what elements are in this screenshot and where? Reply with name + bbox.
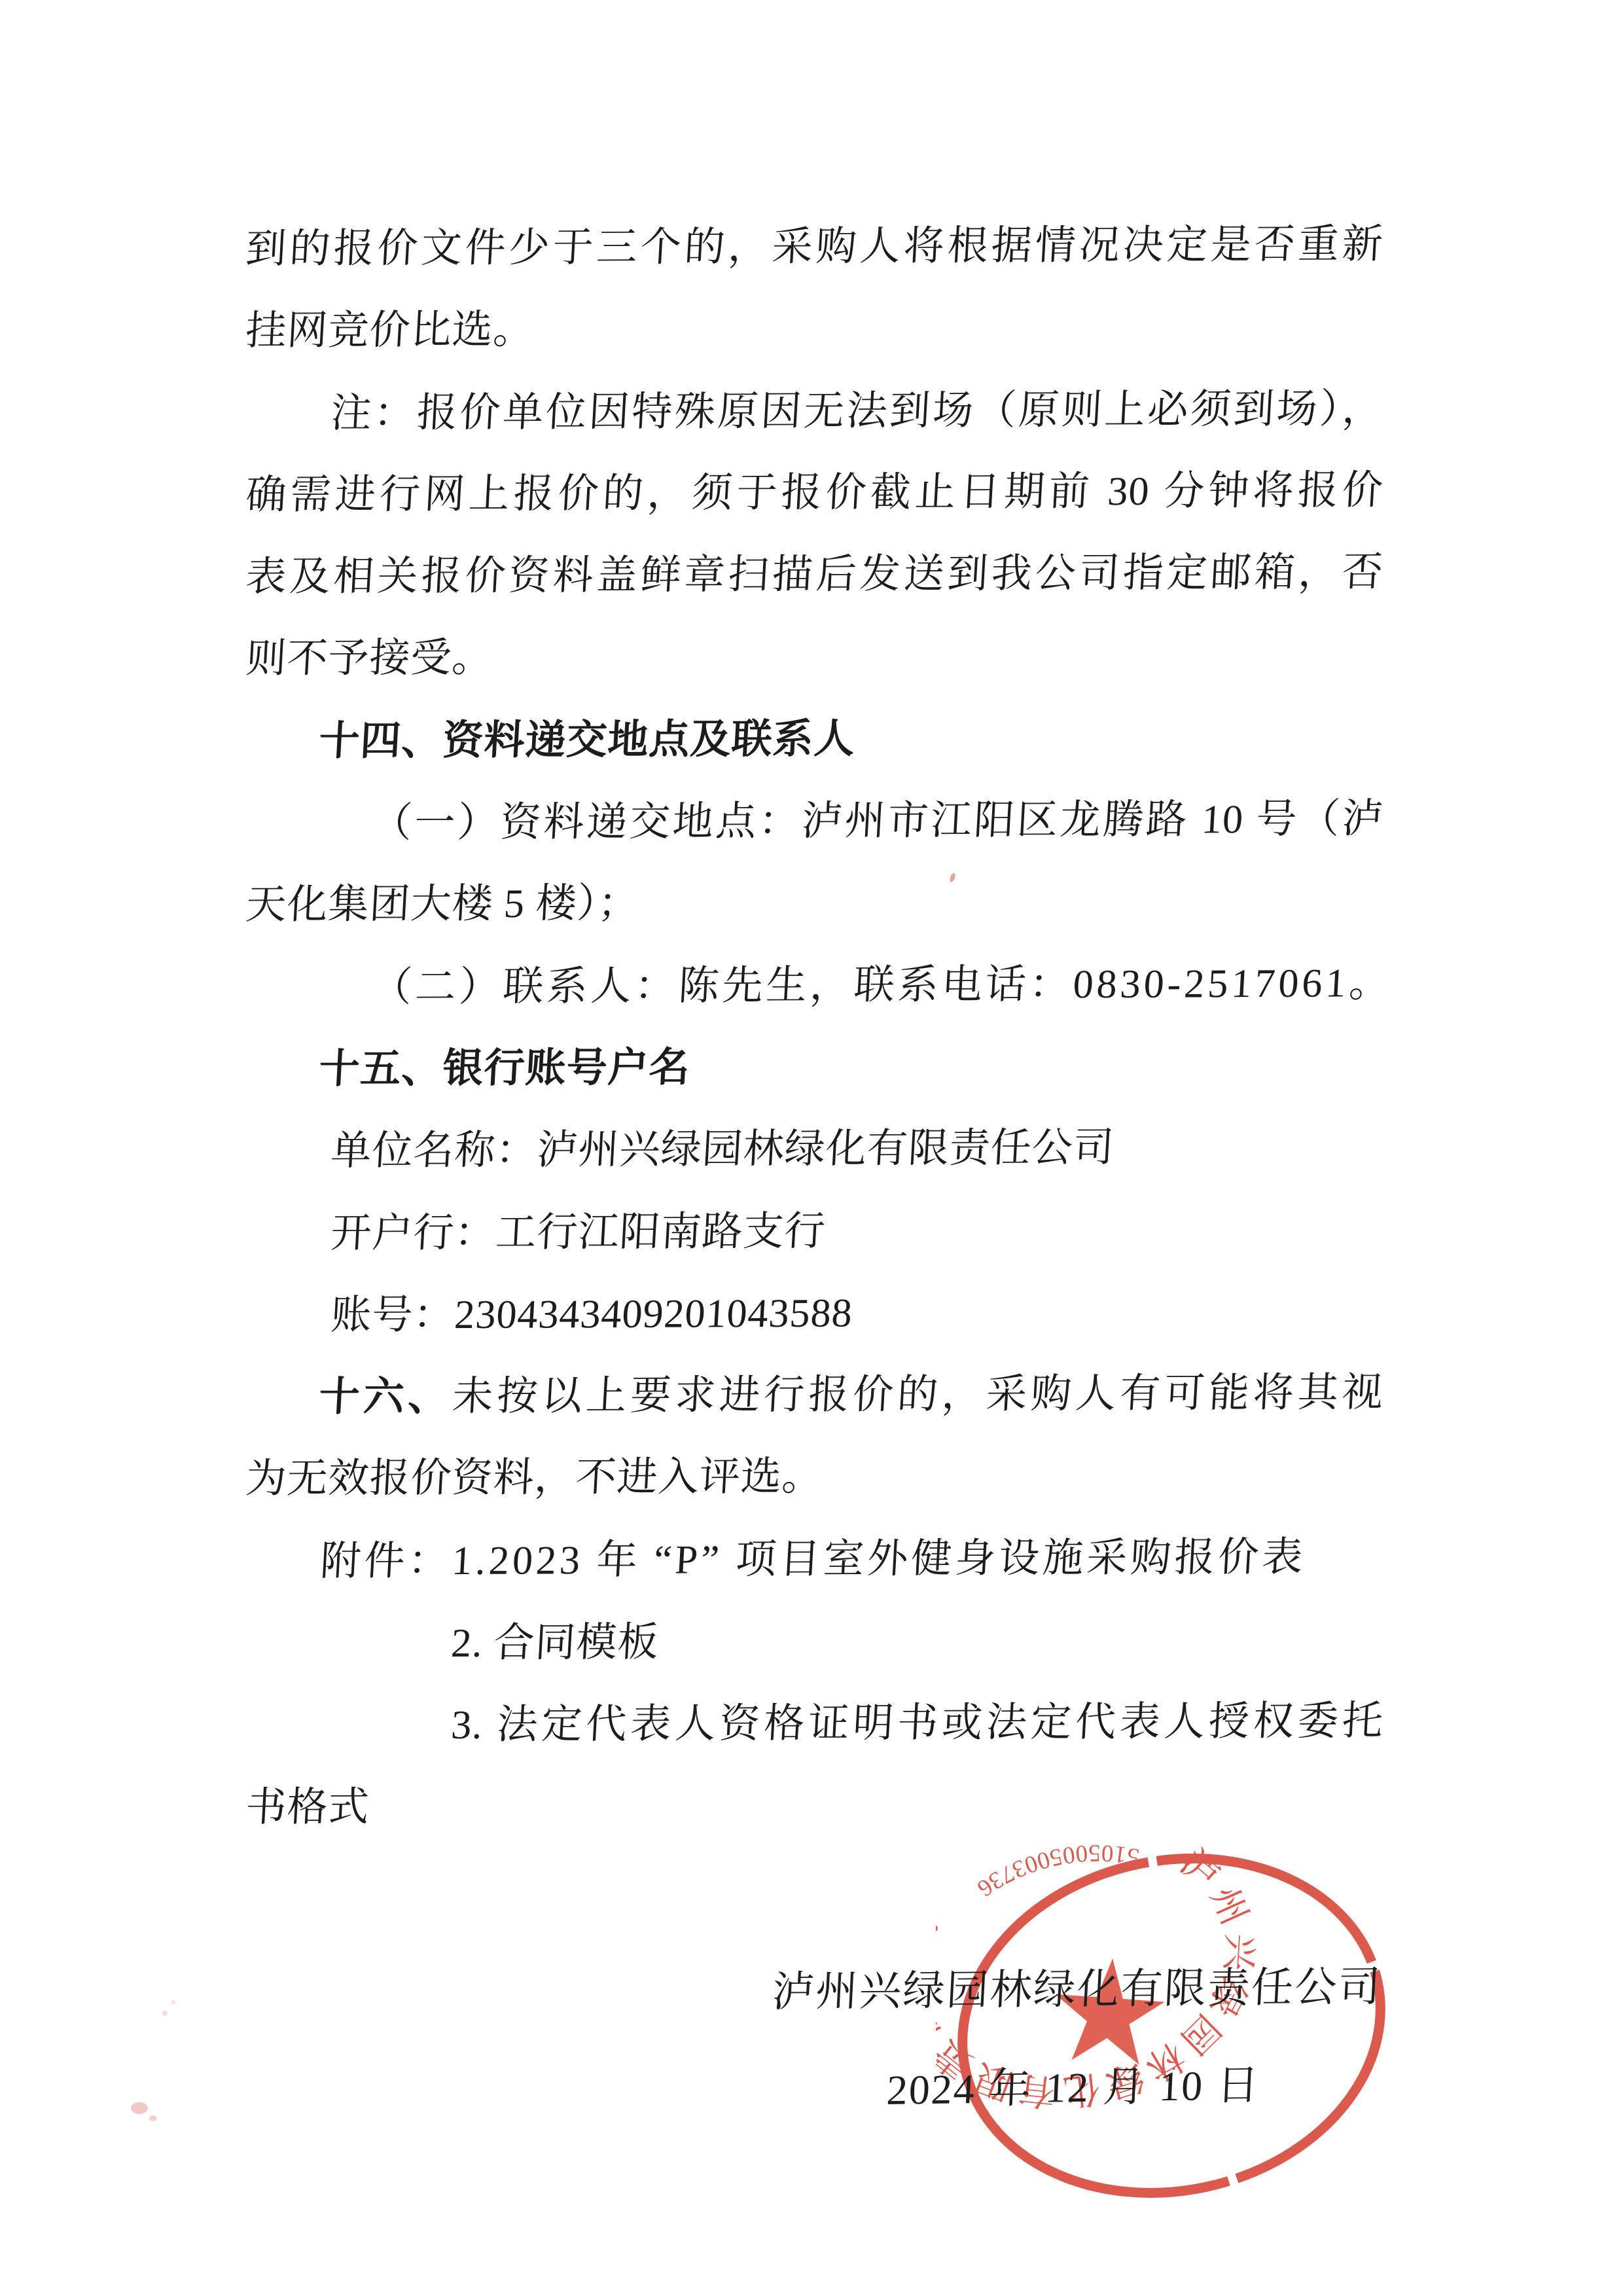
document-line: 2. 合同模板 bbox=[449, 1599, 1385, 1685]
document-line-text: 天化集团大楼 5 楼）； bbox=[245, 882, 641, 928]
document-line: 开户行：工行江阳南路支行 bbox=[329, 1189, 1385, 1275]
document-line-text: 挂网竞价比选。 bbox=[245, 308, 536, 353]
document-line: 书格式 bbox=[243, 1762, 1385, 1849]
document-line: 十六、未按以上要求进行报价的，采购人有可能将其视 bbox=[317, 1352, 1385, 1439]
document-line-text: 账号：2304343409201043588 bbox=[330, 1291, 854, 1337]
document-line: （一）资料递交地点：泸州市江阳区龙腾路 10 号（泸 bbox=[369, 778, 1385, 865]
document-line-text: 3. 法定代表人资格证明书或法定代表人授权委托 bbox=[450, 1699, 1385, 1748]
document-line-text: 表及相关报价资料盖鲜章扫描后发送到我公司指定邮箱，否 bbox=[245, 550, 1385, 600]
document-line: 注：报价单位因特殊原因无法到场（原则上必须到场）， bbox=[329, 368, 1385, 455]
document-line-text: 未按以上要求进行报价的，采购人有可能将其视 bbox=[452, 1371, 1385, 1419]
signature-date-line: 2024 年 12 月 10 日 bbox=[885, 2051, 1262, 2117]
document-line-text: 单位名称：泸州兴绿园林绿化有限责任公司 bbox=[330, 1126, 1116, 1174]
document-line-text: 则不予接受。 bbox=[245, 636, 495, 682]
document-line: 账号：2304343409201043588 bbox=[329, 1270, 1385, 1357]
document-line-text: 到的报价文件少于三个的，采购人将根据情况决定是否重新 bbox=[245, 222, 1385, 272]
document-line: 3. 法定代表人资格证明书或法定代表人授权委托 bbox=[449, 1681, 1385, 1767]
document-line-text: 十六、 bbox=[318, 1374, 454, 1420]
document-page: 泸州兴绿园林绿化有限责任公司 5105005003736 到的报价文件少于三个的… bbox=[0, 0, 1623, 2296]
company-seal: 泸州兴绿园林绿化有限责任公司 5105005003736 bbox=[936, 1829, 1407, 2222]
document-line-text: 为无效报价资料，不进入评选。 bbox=[245, 1455, 825, 1502]
ink-speck bbox=[131, 2102, 148, 2114]
signature-company-line: 泸州兴绿园林绿化有限责任公司 bbox=[771, 1953, 1383, 2018]
document-body: 到的报价文件少于三个的，采购人将根据情况决定是否重新挂网竞价比选。注：报价单位因… bbox=[243, 209, 1381, 1849]
document-line-text: 附件：1.2023 年 “P” 项目室外健身设施采购报价表 bbox=[319, 1535, 1308, 1584]
ink-speck bbox=[171, 2000, 175, 2004]
document-line-text: 开户行：工行江阳南路支行 bbox=[330, 1209, 827, 1255]
document-line: 则不予接受。 bbox=[243, 614, 1385, 701]
document-line-text: 十五、银行账号户名 bbox=[318, 1045, 692, 1091]
document-line: 确需进行网上报价的，须于报价截止日期前 30 分钟将报价 bbox=[243, 450, 1385, 537]
document-line-text: 2. 合同模板 bbox=[450, 1621, 660, 1666]
document-line-text: （一）资料递交地点：泸州市江阳区龙腾路 10 号（泸 bbox=[370, 797, 1385, 846]
document-line-text: 十四、资料递交地点及联系人 bbox=[318, 717, 857, 764]
document-line-text: 书格式 bbox=[245, 1785, 371, 1830]
document-line: 附件：1.2023 年 “P” 项目室外健身设施采购报价表 bbox=[318, 1516, 1385, 1603]
ink-speck bbox=[149, 2115, 157, 2121]
document-line: 挂网竞价比选。 bbox=[243, 286, 1385, 373]
document-line-text: 确需进行网上报价的，须于报价截止日期前 30 分钟将报价 bbox=[245, 468, 1385, 518]
document-line: （二）联系人：陈先生，联系电话：0830-2517061。 bbox=[369, 942, 1385, 1029]
document-line: 十四、资料递交地点及联系人 bbox=[317, 696, 1385, 783]
document-line: 表及相关报价资料盖鲜章扫描后发送到我公司指定邮箱，否 bbox=[243, 532, 1385, 619]
document-line: 单位名称：泸州兴绿园林绿化有限责任公司 bbox=[329, 1106, 1385, 1193]
document-line-text: 注：报价单位因特殊原因无法到场（原则上必须到场）， bbox=[330, 387, 1385, 436]
document-line: 天化集团大楼 5 楼）； bbox=[243, 860, 1385, 947]
document-line-text: （二）联系人：陈先生，联系电话：0830-2517061。 bbox=[370, 961, 1395, 1010]
ink-speck bbox=[162, 2011, 168, 2016]
document-line: 到的报价文件少于三个的，采购人将根据情况决定是否重新 bbox=[243, 204, 1385, 291]
document-line: 为无效报价资料，不进入评选。 bbox=[243, 1434, 1385, 1521]
document-line: 十五、银行账号户名 bbox=[317, 1024, 1385, 1111]
